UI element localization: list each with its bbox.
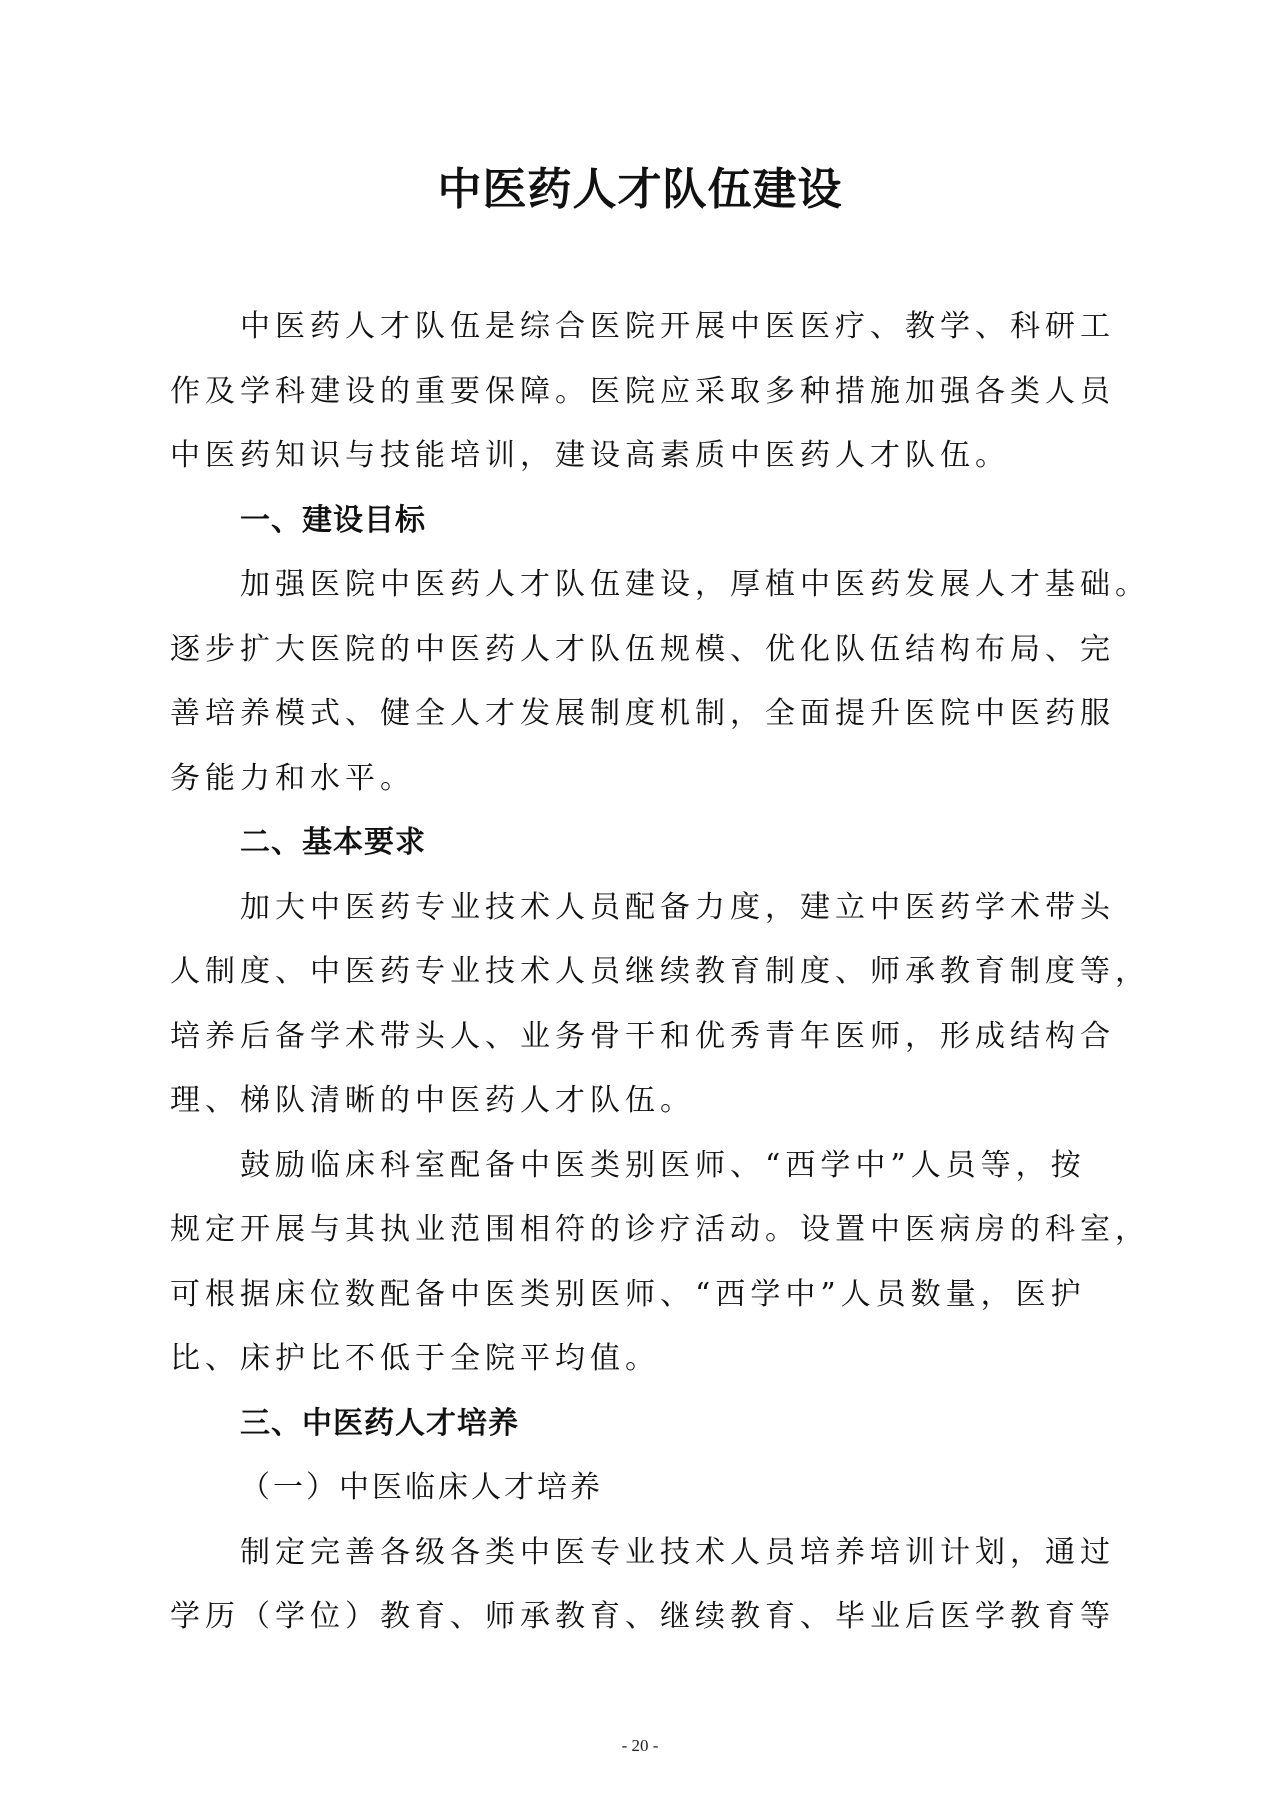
page-title: 中医药人才队伍建设	[0, 160, 1280, 220]
document-body: 中医药人才队伍是综合医院开展中医医疗、教学、科研工 作及学科建设的重要保障。医院…	[170, 295, 1115, 1650]
section-heading-1: 一、建设目标	[170, 489, 1115, 554]
paragraph-line: 作及学科建设的重要保障。医院应采取多种措施加强各类人员	[170, 360, 1115, 425]
document-page: 中医药人才队伍建设 中医药人才队伍是综合医院开展中医医疗、教学、科研工 作及学科…	[0, 0, 1280, 1810]
paragraph-line: 逐步扩大医院的中医药人才队伍规模、优化队伍结构布局、完	[170, 618, 1115, 683]
paragraph-line: 鼓励临床科室配备中医类别医师、“西学中”人员等，按	[170, 1134, 1115, 1199]
paragraph-line: 中医药知识与技能培训，建设高素质中医药人才队伍。	[170, 424, 1115, 489]
subsection-heading: （一）中医临床人才培养	[170, 1456, 1115, 1521]
paragraph-line: 培养后备学术带头人、业务骨干和优秀青年医师，形成结构合	[170, 1005, 1115, 1070]
paragraph-line: 理、梯队清晰的中医药人才队伍。	[170, 1069, 1115, 1134]
paragraph-line: 可根据床位数配备中医类别医师、“西学中”人员数量，医护	[170, 1263, 1115, 1328]
paragraph-line: 比、床护比不低于全院平均值。	[170, 1327, 1115, 1392]
section-heading-2: 二、基本要求	[170, 811, 1115, 876]
paragraph-line: 学历（学位）教育、师承教育、继续教育、毕业后医学教育等	[170, 1585, 1115, 1650]
page-number: - 20 -	[0, 1736, 1280, 1756]
paragraph-line: 加强医院中医药人才队伍建设，厚植中医药发展人才基础。	[170, 553, 1115, 618]
paragraph-line: 务能力和水平。	[170, 747, 1115, 812]
paragraph-line: 人制度、中医药专业技术人员继续教育制度、师承教育制度等，	[170, 940, 1115, 1005]
paragraph-line: 善培养模式、健全人才发展制度机制，全面提升医院中医药服	[170, 682, 1115, 747]
paragraph-line: 制定完善各级各类中医专业技术人员培养培训计划，通过	[170, 1521, 1115, 1586]
section-heading-3: 三、中医药人才培养	[170, 1392, 1115, 1457]
paragraph-line: 加大中医药专业技术人员配备力度，建立中医药学术带头	[170, 876, 1115, 941]
paragraph-line: 规定开展与其执业范围相符的诊疗活动。设置中医病房的科室，	[170, 1198, 1115, 1263]
paragraph-line: 中医药人才队伍是综合医院开展中医医疗、教学、科研工	[170, 295, 1115, 360]
